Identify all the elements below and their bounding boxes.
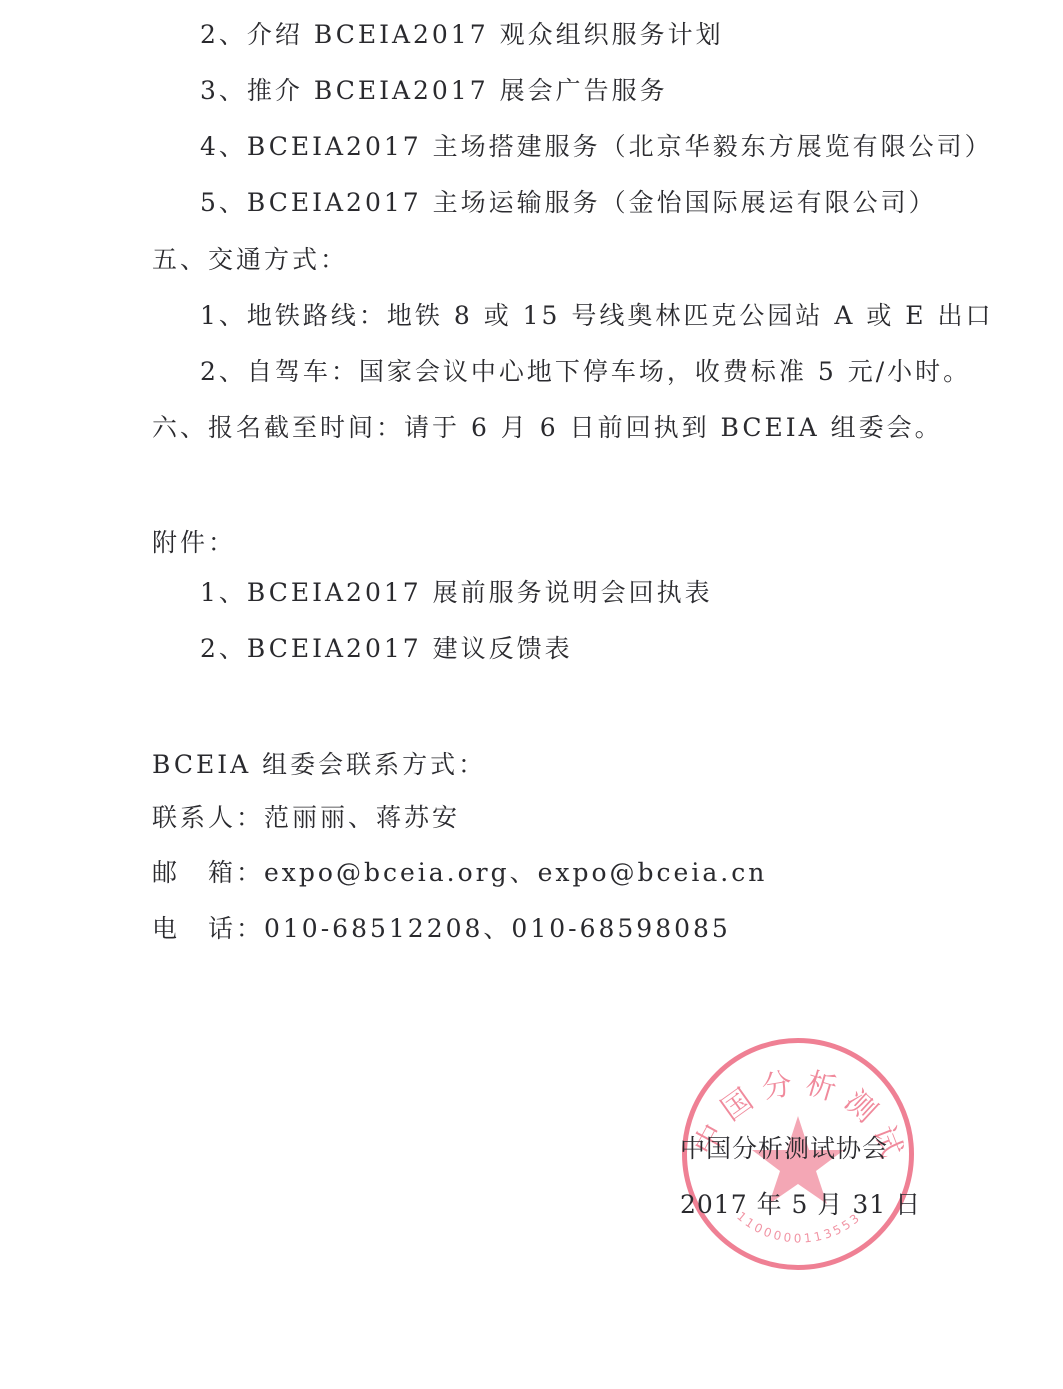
contact-heading: BCEIA 组委会联系方式： (152, 750, 486, 780)
contact-email: 邮 箱：expo@bceia.org、expo@bceia.cn (152, 858, 767, 888)
service-item-3: 3、推介 BCEIA2017 展会广告服务 (200, 76, 668, 106)
service-item-5: 5、BCEIA2017 主场运输服务（金怡国际展运有限公司） (200, 188, 937, 218)
service-item-2: 2、介绍 BCEIA2017 观众组织服务计划 (200, 20, 724, 50)
service-item-4: 4、BCEIA2017 主场搭建服务（北京华毅东方展览有限公司） (200, 132, 993, 162)
contact-person: 联系人：范丽丽、蒋苏安 (152, 803, 460, 833)
attachment-2: 2、BCEIA2017 建议反馈表 (200, 634, 573, 664)
section-6-deadline: 六、报名截至时间：请于 6 月 6 日前回执到 BCEIA 组委会。 (152, 413, 943, 443)
transport-driving: 2、自驾车：国家会议中心地下停车场，收费标准 5 元/小时。 (200, 357, 971, 387)
attachment-1: 1、BCEIA2017 展前服务说明会回执表 (200, 578, 713, 608)
signature-organization: 中国分析测试协会 (680, 1134, 888, 1164)
signature-date: 2017 年 5 月 31 日 (680, 1190, 921, 1220)
section-5-heading: 五、交通方式： (152, 245, 348, 275)
contact-phone: 电 话：010-68512208、010-68598085 (152, 914, 731, 944)
transport-subway: 1、地铁路线：地铁 8 或 15 号线奥林匹克公园站 A 或 E 出口 (200, 301, 994, 331)
attachments-heading: 附件： (152, 528, 236, 558)
